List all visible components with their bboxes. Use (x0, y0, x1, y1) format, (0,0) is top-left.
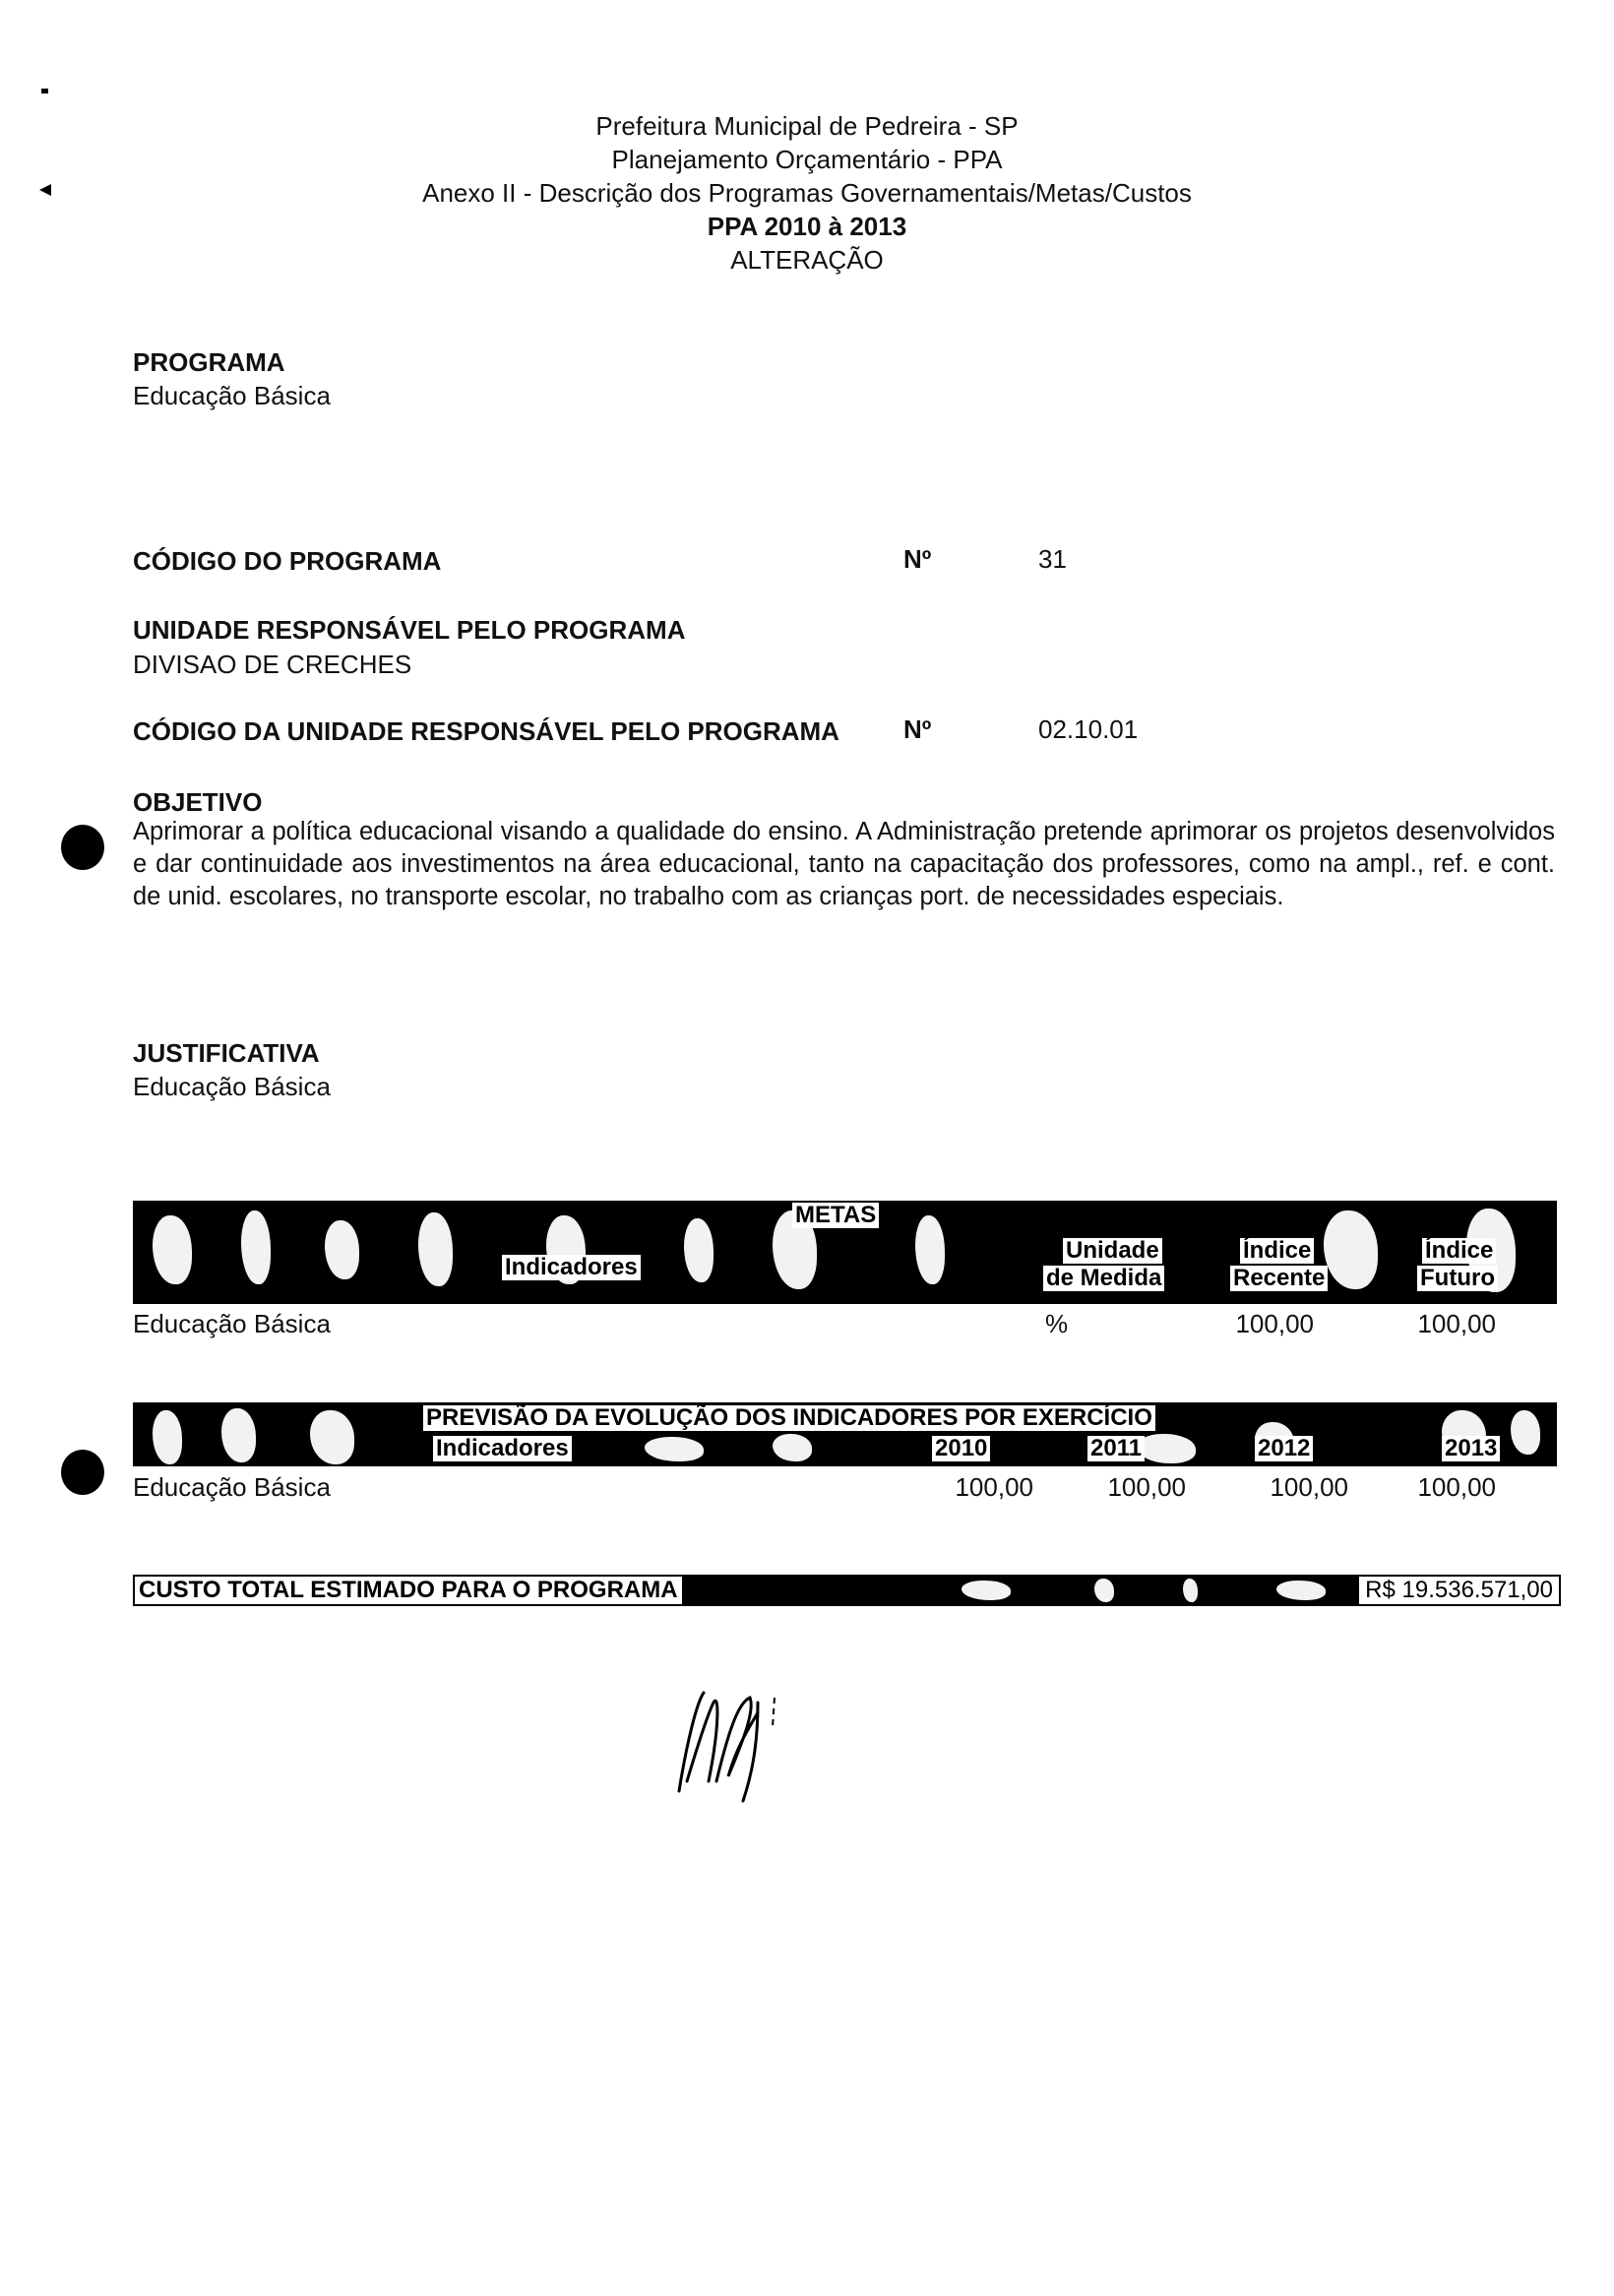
custo-total-value: R$ 19.536.571,00 (1357, 1577, 1559, 1604)
custo-total-bar: CUSTO TOTAL ESTIMADO PARA O PROGRAMA R$ … (133, 1575, 1561, 1606)
metas-header-unidade: Unidade (1063, 1238, 1162, 1264)
justificativa-value: Educação Básica (133, 1072, 331, 1102)
programa-value: Educação Básica (133, 381, 331, 411)
metas-header-futuro: Índice (1422, 1238, 1496, 1264)
metas-header-recente: Índice (1240, 1238, 1314, 1264)
metas-row-indice-recente: 100,00 (1206, 1309, 1314, 1339)
justificativa-label: JUSTIFICATIVA (133, 1038, 320, 1069)
header-status: ALTERAÇÃO (0, 245, 1614, 275)
previsao-header-year-2013: 2013 (1442, 1436, 1500, 1461)
codigo-unidade-no-label: Nº (903, 714, 931, 745)
programa-label: PROGRAMA (133, 347, 285, 378)
previsao-header-bar: PREVISÃO DA EVOLUÇÃO DOS INDICADORES POR… (133, 1402, 1557, 1466)
objetivo-text: Aprimorar a política educacional visando… (133, 816, 1555, 913)
header-planning: Planejamento Orçamentário - PPA (0, 145, 1614, 174)
codigo-programa-label: CÓDIGO DO PROGRAMA (133, 546, 441, 577)
previsao-row-indicador: Educação Básica (133, 1472, 331, 1503)
previsao-row-2013: 100,00 (1383, 1472, 1496, 1503)
metas-row-indicador: Educação Básica (133, 1309, 331, 1339)
previsao-row-2012: 100,00 (1235, 1472, 1348, 1503)
metas-header-indicadores: Indicadores (502, 1255, 641, 1280)
codigo-programa-no-label: Nº (903, 544, 931, 575)
unidade-responsavel-value: DIVISAO DE CRECHES (133, 650, 411, 680)
custo-total-label: CUSTO TOTAL ESTIMADO PARA O PROGRAMA (135, 1577, 684, 1604)
previsao-row-2011: 100,00 (1073, 1472, 1186, 1503)
header-ppa-period: PPA 2010 à 2013 (0, 212, 1614, 241)
metas-header-unidade-2: de Medida (1043, 1266, 1164, 1291)
metas-header-recente-2: Recente (1230, 1266, 1328, 1291)
header-municipality: Prefeitura Municipal de Pedreira - SP (0, 111, 1614, 141)
previsao-header-year-2011: 2011 (1087, 1436, 1145, 1461)
previsao-header-year-2012: 2012 (1255, 1436, 1313, 1461)
punch-hole-top (61, 825, 104, 870)
unidade-responsavel-label: UNIDADE RESPONSÁVEL PELO PROGRAMA (133, 615, 685, 646)
punch-hole-bottom (61, 1450, 104, 1495)
metas-title: METAS (792, 1203, 879, 1228)
header-annex: Anexo II - Descrição dos Programas Gover… (0, 178, 1614, 208)
metas-row-unidade: % (1045, 1309, 1068, 1339)
metas-header-futuro-2: Futuro (1417, 1266, 1498, 1291)
previsao-header-indicadores: Indicadores (433, 1436, 572, 1461)
previsao-title: PREVISÃO DA EVOLUÇÃO DOS INDICADORES POR… (423, 1405, 1155, 1431)
signature (659, 1683, 797, 1840)
codigo-programa-value: 31 (1038, 544, 1067, 575)
metas-header-bar: METAS Indicadores Unidade de Medida Índi… (133, 1201, 1557, 1304)
metas-row-indice-futuro: 100,00 (1388, 1309, 1496, 1339)
codigo-unidade-label: CÓDIGO DA UNIDADE RESPONSÁVEL PELO PROGR… (133, 716, 839, 747)
objetivo-label: OBJETIVO (133, 787, 262, 818)
scan-mark (41, 89, 48, 93)
previsao-header-year-2010: 2010 (932, 1436, 990, 1461)
previsao-row-2010: 100,00 (920, 1472, 1033, 1503)
codigo-unidade-value: 02.10.01 (1038, 714, 1138, 745)
